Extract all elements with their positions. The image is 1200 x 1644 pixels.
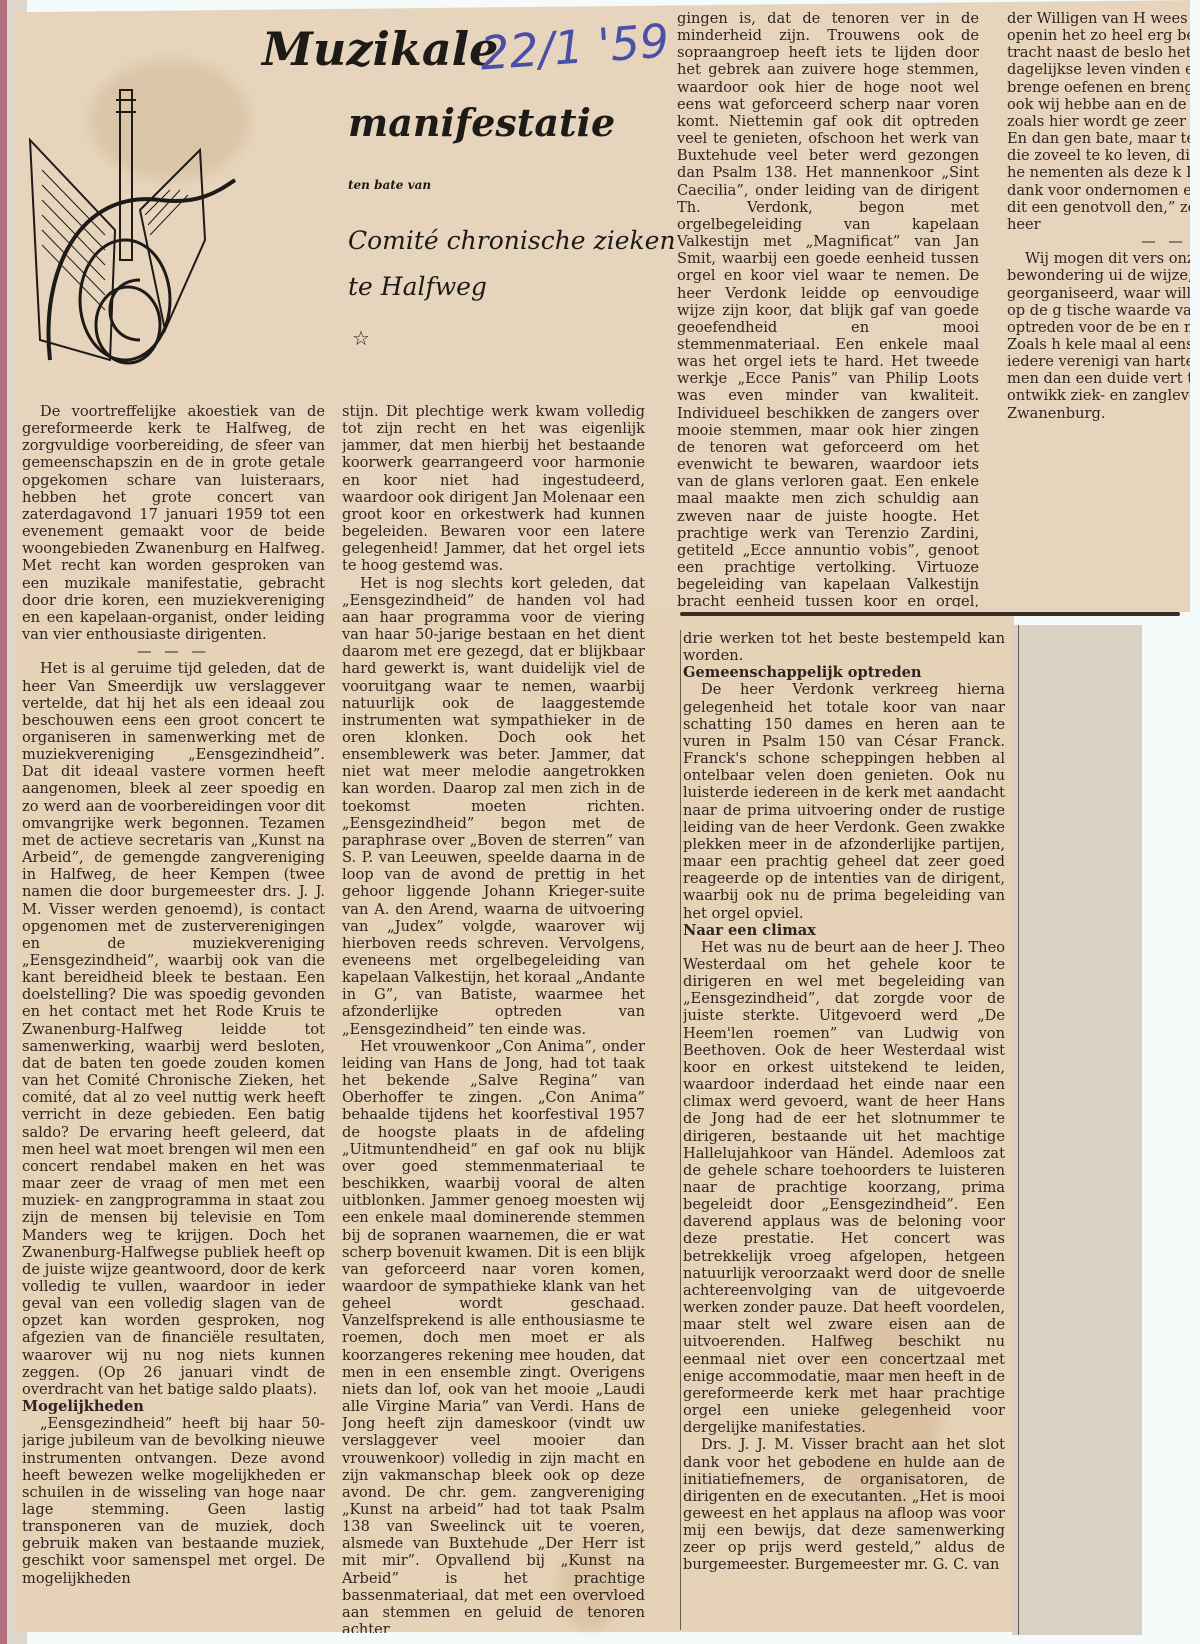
clipping-fold-line [680, 612, 1180, 616]
column-rule [680, 630, 681, 1630]
scanner-edge [0, 0, 7, 1644]
headline-line2: manifestatie [348, 100, 615, 145]
headline-subline: ten bate van [348, 178, 431, 192]
subheading: Mogelijkheden [22, 1398, 325, 1415]
paragraph: gingen is, dat de tenoren ver in de mind… [677, 10, 979, 607]
paragraph: Het was nu de beurt aan de heer J. Theo … [683, 939, 1005, 1437]
article-column-3-top: gingen is, dat de tenoren ver in de mind… [677, 10, 979, 607]
paragraph: der Willigen van H wees er in zijn openi… [1007, 10, 1190, 233]
section-separator: — — — [22, 643, 325, 660]
paragraph: Drs. J. J. M. Visser bracht aan het slot… [683, 1436, 1005, 1573]
newspaper-clipping-lower-right [1012, 625, 1142, 1635]
headline-line3: Comité chronische zieken [348, 226, 676, 255]
guitar-sheet-music-icon [20, 40, 250, 385]
star-ornament-icon: ☆ [352, 326, 370, 350]
headline-line1: Muzikale [262, 22, 498, 76]
section-separator: — — [1007, 233, 1190, 250]
paragraph: Wij mogen dit vers onze bewondering ui d… [1007, 250, 1190, 422]
paragraph: Het is nog slechts kort geleden, dat „Ee… [342, 575, 645, 1038]
paragraph: De heer Verdonk verkreeg hierna gelegenh… [683, 681, 1005, 921]
paragraph: „Eensgezindheid” heeft bij haar 50-jarig… [22, 1415, 325, 1587]
article-column-1: De voortreffelijke akoestiek van de gere… [22, 403, 325, 1633]
headline-line4: te Halfweg [348, 272, 487, 301]
paragraph: De voortreffelijke akoestiek van de gere… [22, 403, 325, 643]
paragraph: stijn. Dit plechtige werk kwam volledig … [342, 403, 645, 575]
column-rule [1018, 625, 1019, 1635]
article-column-4: der Willigen van H wees er in zijn openi… [1007, 10, 1190, 422]
article-column-4-clip: der Willigen van H wees er in zijn openi… [1007, 10, 1190, 600]
paragraph: drie werken tot het beste bestempeld kan… [683, 630, 1005, 664]
paragraph: Het vrouwenkoor „Con Anima”, onder leidi… [342, 1038, 645, 1633]
subheading: Naar een climax [683, 922, 1005, 939]
article-column-2: stijn. Dit plechtige werk kwam volledig … [342, 403, 645, 1633]
subheading: Gemeenschappelijk optreden [683, 664, 1005, 681]
paragraph: Het is al geruime tijd geleden, dat de h… [22, 660, 325, 1398]
article-column-3-bottom: drie werken tot het beste bestempeld kan… [683, 630, 1005, 1630]
